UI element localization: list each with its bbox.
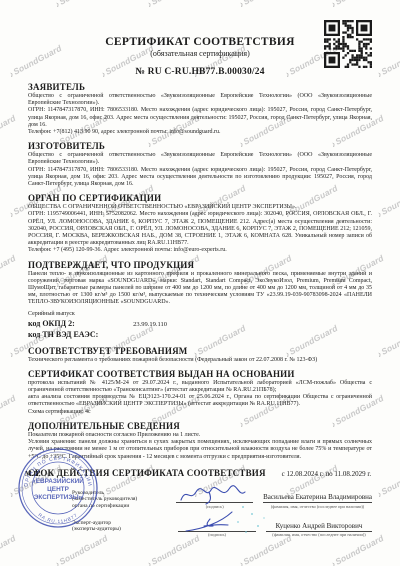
qr-code (324, 20, 372, 68)
section-title: ЗАЯВИТЕЛЬ (28, 82, 372, 92)
watermark-text: SoundGuard (333, 533, 385, 566)
section-title: ДОПОЛНИТЕЛЬНЫЕ СВЕДЕНИЯ (28, 421, 372, 431)
tnved-code-label: код ТН ВЭД ЕАЭС: (28, 330, 98, 341)
speaker-icon: ♪ (238, 559, 246, 566)
signature-block: Руководитель (заместитель руководителя) … (72, 488, 372, 538)
paragraph: ОГРН: 1147847317870, ИНН: 7806533180. Ме… (28, 167, 372, 189)
paragraph: акта анализа состояния производства № ЕЦ… (28, 394, 372, 408)
signer-name: Васильева Екатерина Владимировна (263, 493, 372, 503)
speaker-icon: ♪ (146, 559, 154, 566)
signer-name: Куценко Андрей Викторович (266, 522, 372, 532)
qr-finder-bottom-left (325, 53, 339, 67)
signature-line (178, 518, 256, 532)
section-certification-body: ОРГАН ПО СЕРТИФИКАЦИИ ОБЩЕСТВА С ОГРАНИЧ… (28, 193, 372, 254)
qr-finder-top-left (325, 21, 339, 35)
paragraph: ОГРН: 1195749006441, ИНН: 5752082062. Ме… (28, 211, 372, 247)
signer-name-field: Васильева Екатерина Владимировна (фамили… (263, 493, 372, 509)
section-title: СООТВЕТСТВУЕТ ТРЕБОВАНИЯМ (28, 346, 372, 356)
round-stamp: ОРГАН ПО СЕРТИФИКАЦИИ RA.RU.11НВ77 «ЕВРА… (17, 447, 99, 529)
section-requirements: СООТВЕТСТВУЕТ ТРЕБОВАНИЯМ Технического р… (28, 346, 372, 364)
paragraph: Телефон: +7 (495) 120-99-36. Адрес элект… (28, 247, 372, 254)
speaker-icon: ♪ (330, 559, 338, 566)
paragraph: Схема сертификации: 4с (28, 409, 372, 416)
stamp-center-line1: «ЕВРАЗИЙСКИЙ (32, 476, 84, 485)
paragraph: протокола испытаний № 4125/М-24 от 29.07… (28, 380, 372, 394)
paragraph: Технического регламента о требованиях по… (28, 357, 372, 364)
watermark: ♪SoundGuard (237, 533, 293, 566)
certificate-title: СЕРТИФИКАТ СООТВЕТСТВИЯ (28, 36, 372, 48)
paragraph: ОГРН: 1147847317870, ИНН: 7806533180. Ме… (28, 107, 372, 129)
signature-row-head: Руководитель (заместитель руководителя) … (72, 488, 372, 509)
stamp-center-line3: ЭКСПЕРТИЗЫ» (34, 494, 83, 501)
paragraph: Общество с ограниченной ответственностью… (28, 93, 372, 107)
watermark: ♪SoundGuard (0, 533, 17, 566)
certificate-page: ♪SoundGuard♪SoundGuard♪SoundGuard♪SoundG… (0, 0, 400, 566)
signature-line (176, 489, 253, 503)
watermark: ♪SoundGuard (145, 533, 201, 566)
watermark: ♪SoundGuard (53, 533, 109, 566)
okpd-code-row: код ОКПД 2: 23.99.19.110 (28, 319, 372, 331)
ink-specks (242, 506, 244, 508)
paragraph: Общество с ограниченной ответственностью… (28, 152, 372, 166)
signer-name-field: Куценко Андрей Викторович (фамилия, имя,… (266, 522, 372, 538)
signer-name-caption: (фамилия, имя, отчество (последнее при н… (266, 532, 372, 537)
signer-name-caption: (фамилия, имя, отчество (последнее при н… (263, 504, 372, 509)
watermark-text: SoundGuard (0, 533, 17, 566)
signature-row-expert: Эксперт-аудитор (эксперты-аудиторы) (под… (72, 518, 372, 538)
watermark-text: SoundGuard (57, 533, 109, 566)
okpd-code-label: код ОКПД 2: (28, 319, 75, 330)
paragraph: Показатели пожарной опасности согласно П… (28, 432, 372, 439)
tnved-code-row: код ТН ВЭД ЕАЭС: (28, 330, 372, 341)
section-title: ИЗГОТОВИТЕЛЬ (28, 141, 372, 151)
stamp-center-line2: ЦЕНТР (47, 486, 69, 493)
watermark-text: SoundGuard (241, 533, 293, 566)
watermark-text: SoundGuard (149, 533, 201, 566)
validity-dates: с 12.08.2024 г. по 11.08.2029 г. (282, 470, 372, 478)
speaker-icon: ♪ (54, 559, 62, 566)
paragraph: Панели тепло- и звукоизоляционные из кар… (28, 271, 372, 307)
section-basis: СЕРТИФИКАТ СООТВЕТСТВИЯ ВЫДАН НА ОСНОВАН… (28, 369, 372, 416)
section-manufacturer: ИЗГОТОВИТЕЛЬ Общество с ограниченной отв… (28, 141, 372, 188)
section-product: ПОДТВЕРЖДАЕТ, ЧТО ПРОДУКЦИЯ Панели тепло… (28, 260, 372, 341)
section-title: СЕРТИФИКАТ СООТВЕТСТВИЯ ВЫДАН НА ОСНОВАН… (28, 369, 372, 379)
paragraph: Телефон: +7(812) 413 90 90, адрес электр… (28, 129, 372, 136)
handwritten-signature (178, 485, 248, 505)
serial-issue-note: Серийный выпуск (28, 311, 372, 317)
certificate-number: № RU C-RU.НВ77.В.00030/24 (28, 67, 372, 77)
section-title: ОРГАН ПО СЕРТИФИКАЦИИ (28, 193, 372, 203)
handwritten-signature (180, 510, 250, 534)
okpd-code-value: 23.99.19.110 (133, 320, 167, 331)
certificate-subtitle: (обязательная сертификация) (28, 49, 372, 58)
watermark: ♪SoundGuard (329, 533, 385, 566)
section-title: ПОДТВЕРЖДАЕТ, ЧТО ПРОДУКЦИЯ (28, 260, 372, 270)
qr-finder-top-right (357, 21, 371, 35)
signature-field: (подпись) (178, 518, 256, 538)
section-applicant: ЗАЯВИТЕЛЬ Общество с ограниченной ответс… (28, 82, 372, 136)
